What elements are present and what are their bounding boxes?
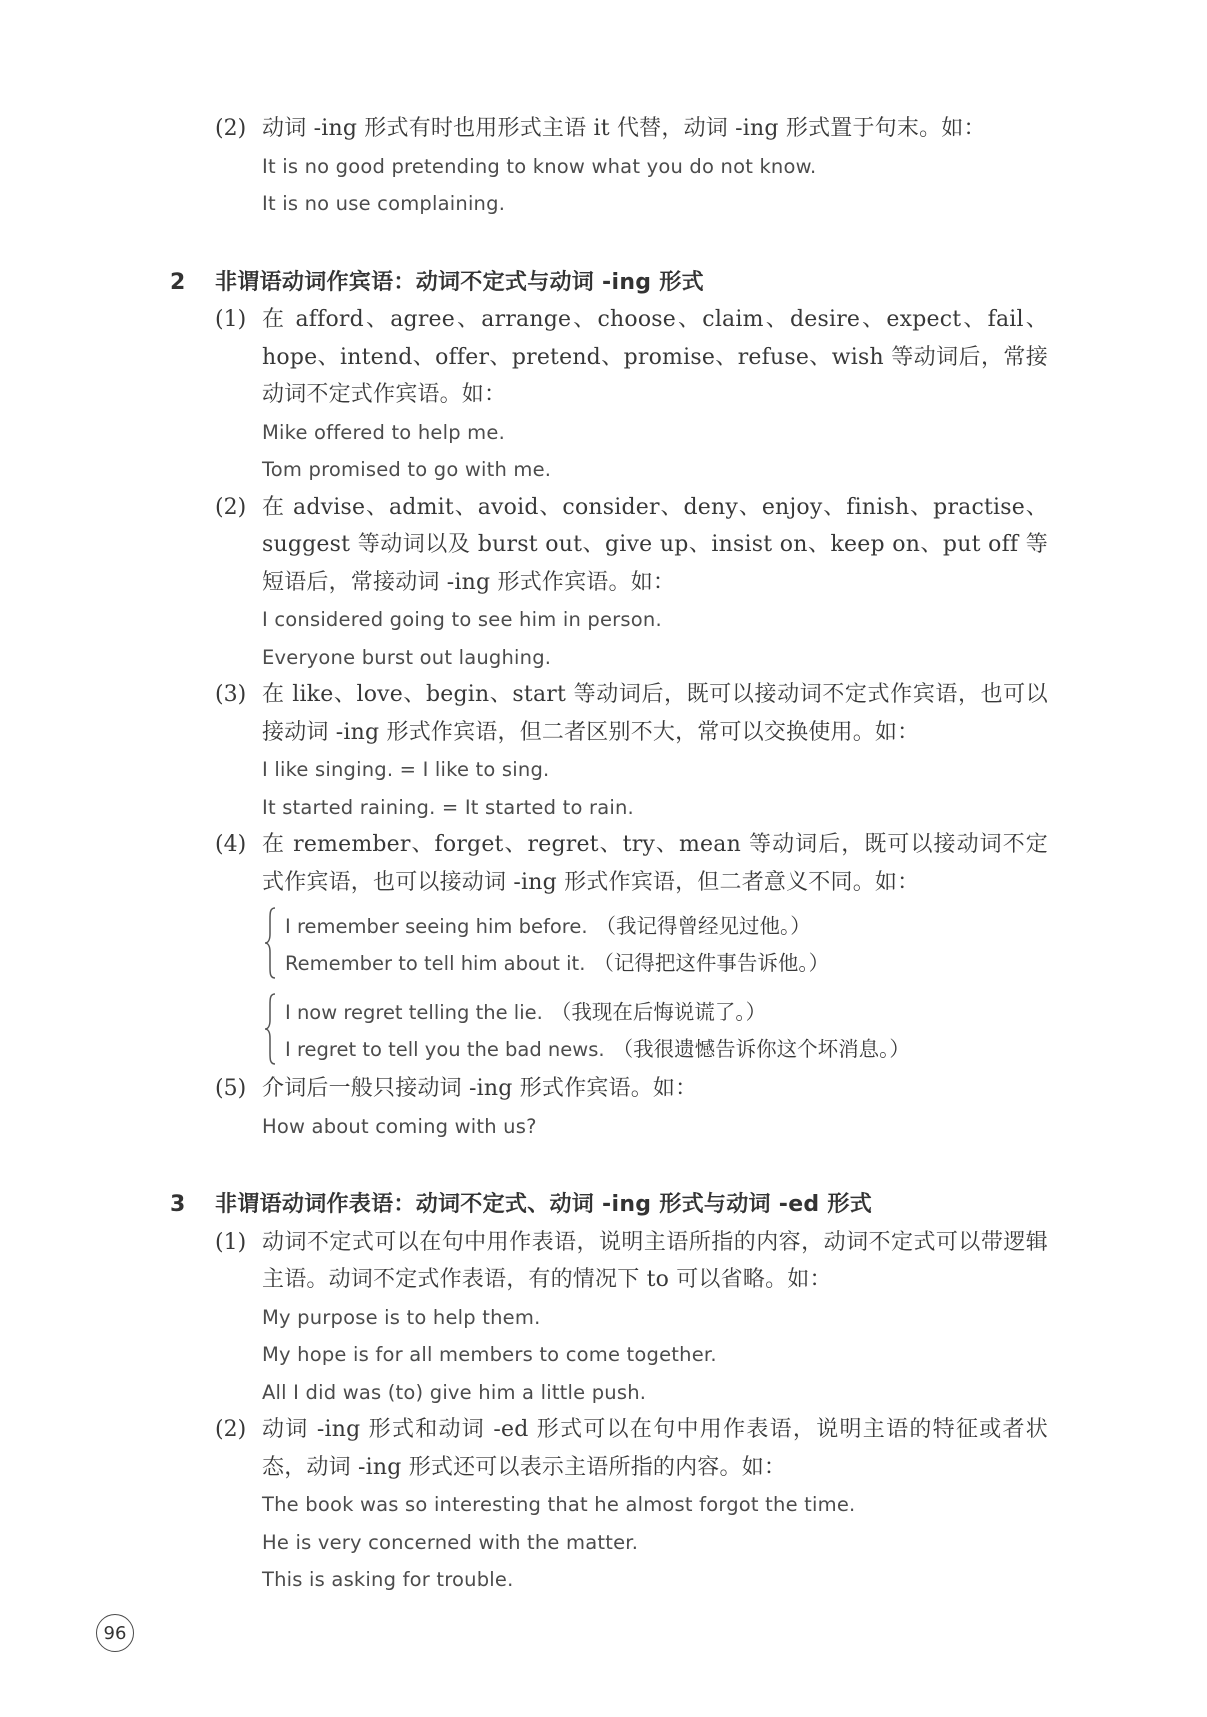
example-sentence: It started raining. = It started to rain… bbox=[262, 789, 1048, 827]
item-text: 在 like、love、begin、start 等动词后，既可以接动词不定式作宾… bbox=[262, 676, 1048, 751]
example-sentence: I now regret telling the lie.（我现在后悔说谎了。） bbox=[285, 994, 1048, 1032]
translation: （我很遗憾告诉你这个坏消息。） bbox=[613, 1037, 910, 1061]
item-text: 介词后一般只接动词 -ing 形式作宾语。如： bbox=[262, 1070, 1048, 1108]
translation: （我记得曾经见过他。） bbox=[596, 914, 811, 938]
page-content: (2) 动词 -ing 形式有时也用形式主语 it 代替，动词 -ing 形式置… bbox=[215, 110, 1048, 1599]
list-item: (2) 在 advise、admit、avoid、consider、deny、e… bbox=[215, 489, 1048, 602]
item-number: (3) bbox=[215, 676, 262, 751]
example-sentence: I remember seeing him before.（我记得曾经见过他。） bbox=[285, 908, 1048, 946]
example-sentence: I like singing. = I like to sing. bbox=[262, 751, 1048, 789]
section-number: 3 bbox=[170, 1186, 215, 1224]
example-sentence: The book was so interesting that he almo… bbox=[262, 1486, 1048, 1524]
item-number: (4) bbox=[215, 826, 262, 901]
example-pair-group: I remember seeing him before.（我记得曾经见过他。）… bbox=[262, 906, 1048, 984]
left-brace-icon bbox=[262, 992, 278, 1070]
example-sentence: I considered going to see him in person. bbox=[262, 601, 1048, 639]
list-item: (3) 在 like、love、begin、start 等动词后，既可以接动词不… bbox=[215, 676, 1048, 751]
english-text: I remember seeing him before. bbox=[285, 915, 588, 938]
section-heading: 3 非谓语动词作表语：动词不定式、动词 -ing 形式与动词 -ed 形式 bbox=[170, 1186, 1048, 1224]
item-number: (2) bbox=[215, 110, 262, 148]
example-sentence: He is very concerned with the matter. bbox=[262, 1524, 1048, 1562]
translation: （我现在后悔说谎了。） bbox=[551, 1000, 766, 1024]
item-text: 在 advise、admit、avoid、consider、deny、enjoy… bbox=[262, 489, 1048, 602]
list-item: (1) 在 afford、agree、arrange、choose、claim、… bbox=[215, 301, 1048, 414]
item-text: 动词不定式可以在句中用作表语，说明主语所指的内容，动词不定式可以带逻辑主语。动词… bbox=[262, 1224, 1048, 1299]
page-number: 96 bbox=[96, 1614, 134, 1652]
section-heading: 2 非谓语动词作宾语：动词不定式与动词 -ing 形式 bbox=[170, 264, 1048, 302]
example-sentence: How about coming with us? bbox=[262, 1108, 1048, 1146]
item-text: 在 remember、forget、regret、try、mean 等动词后，既… bbox=[262, 826, 1048, 901]
item-text: 在 afford、agree、arrange、choose、claim、desi… bbox=[262, 301, 1048, 414]
list-item: (1) 动词不定式可以在句中用作表语，说明主语所指的内容，动词不定式可以带逻辑主… bbox=[215, 1224, 1048, 1299]
list-item: (5) 介词后一般只接动词 -ing 形式作宾语。如： bbox=[215, 1070, 1048, 1108]
item-number: (2) bbox=[215, 1411, 262, 1486]
item-number: (5) bbox=[215, 1070, 262, 1108]
item-number: (2) bbox=[215, 489, 262, 602]
section-title: 非谓语动词作表语：动词不定式、动词 -ing 形式与动词 -ed 形式 bbox=[215, 1186, 1048, 1224]
book-page: (2) 动词 -ing 形式有时也用形式主语 it 代替，动词 -ing 形式置… bbox=[0, 0, 1207, 1717]
list-item: (4) 在 remember、forget、regret、try、mean 等动… bbox=[215, 826, 1048, 901]
section-title: 非谓语动词作宾语：动词不定式与动词 -ing 形式 bbox=[215, 264, 1048, 302]
list-item: (2) 动词 -ing 形式有时也用形式主语 it 代替，动词 -ing 形式置… bbox=[215, 110, 1048, 148]
example-sentence: Remember to tell him about it.（记得把这件事告诉他… bbox=[285, 945, 1048, 983]
item-text: 动词 -ing 形式和动词 -ed 形式可以在句中用作表语，说明主语的特征或者状… bbox=[262, 1411, 1048, 1486]
example-sentence: Mike offered to help me. bbox=[262, 414, 1048, 452]
item-number: (1) bbox=[215, 1224, 262, 1299]
example-sentence: Everyone burst out laughing. bbox=[262, 639, 1048, 677]
example-pair-group: I now regret telling the lie.（我现在后悔说谎了。）… bbox=[262, 992, 1048, 1070]
left-brace-icon bbox=[262, 906, 278, 984]
example-sentence: My purpose is to help them. bbox=[262, 1299, 1048, 1337]
example-sentence: I regret to tell you the bad news.（我很遗憾告… bbox=[285, 1031, 1048, 1069]
section-number: 2 bbox=[170, 264, 215, 302]
example-sentence: All I did was (to) give him a little pus… bbox=[262, 1374, 1048, 1412]
example-sentence: This is asking for trouble. bbox=[262, 1561, 1048, 1599]
example-sentence: It is no use complaining. bbox=[262, 185, 1048, 223]
list-item: (2) 动词 -ing 形式和动词 -ed 形式可以在句中用作表语，说明主语的特… bbox=[215, 1411, 1048, 1486]
english-text: I now regret telling the lie. bbox=[285, 1001, 543, 1024]
translation: （记得把这件事告诉他。） bbox=[593, 951, 829, 975]
item-number: (1) bbox=[215, 301, 262, 414]
example-sentence: It is no good pretending to know what yo… bbox=[262, 148, 1048, 186]
example-sentence: Tom promised to go with me. bbox=[262, 451, 1048, 489]
item-text: 动词 -ing 形式有时也用形式主语 it 代替，动词 -ing 形式置于句末。… bbox=[262, 110, 1048, 148]
example-sentence: My hope is for all members to come toget… bbox=[262, 1336, 1048, 1374]
english-text: Remember to tell him about it. bbox=[285, 952, 585, 975]
english-text: I regret to tell you the bad news. bbox=[285, 1038, 605, 1061]
